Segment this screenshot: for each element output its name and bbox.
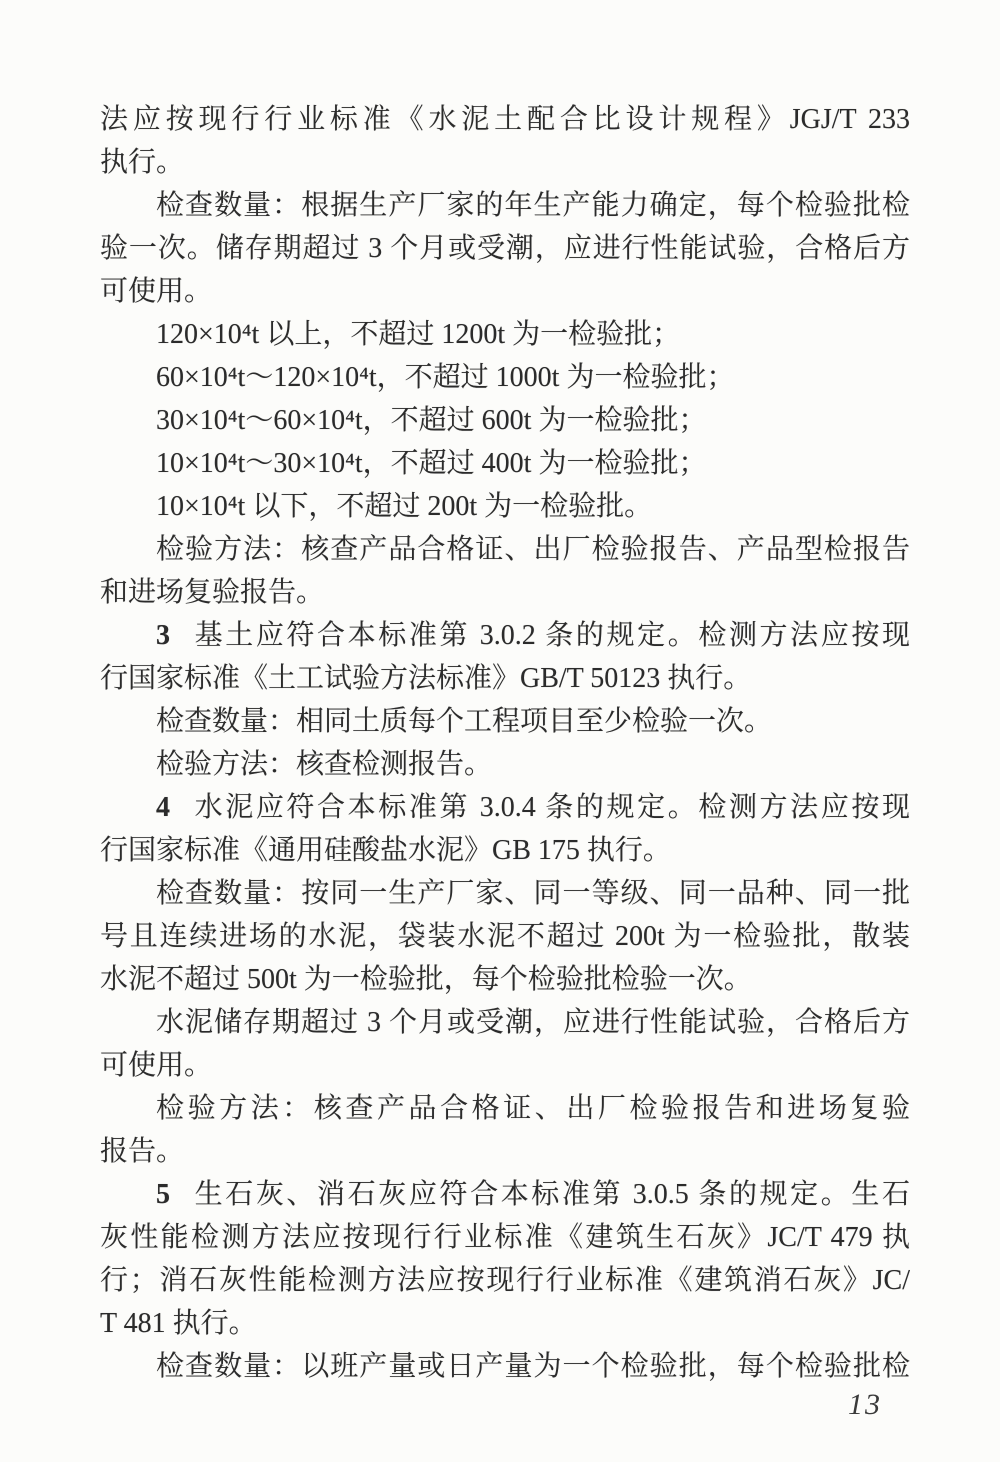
line-text: 检查数量：根据生产厂家的年生产能力确定，每个检验批检	[156, 190, 910, 221]
line-text: T 481 执行。	[100, 1308, 257, 1339]
text-line: 检查数量：以班产量或日产量为一个检验批，每个检验批检	[100, 1345, 910, 1388]
line-text: 号且连续进场的水泥，袋装水泥不超过 200t 为一检验批，散装	[100, 921, 910, 952]
clause-number: 4	[156, 792, 170, 823]
line-text: 30×10⁴t～60×10⁴t，不超过 600t 为一检验批；	[156, 405, 706, 436]
line-text: 检验方法：核查产品合格证、出厂检验报告、产品型检报告	[156, 534, 910, 565]
text-line: 可使用。	[100, 1044, 910, 1087]
text-line: 行国家标准《土工试验方法标准》GB/T 50123 执行。	[100, 657, 910, 700]
line-text: 10×10⁴t 以下，不超过 200t 为一检验批。	[156, 491, 652, 522]
line-text: 可使用。	[100, 276, 212, 307]
line-text: 行国家标准《通用硅酸盐水泥》GB 175 执行。	[100, 835, 671, 866]
text-line: 3基土应符合本标准第 3.0.2 条的规定。检测方法应按现	[100, 614, 910, 657]
line-text: 灰性能检测方法应按现行行业标准《建筑生石灰》JC/T 479 执	[100, 1222, 910, 1253]
line-text: 检验方法：核查检测报告。	[156, 749, 492, 780]
clause-number: 5	[156, 1179, 170, 1210]
line-text: 基土应符合本标准第 3.0.2 条的规定。检测方法应按现	[192, 620, 910, 651]
text-line: 水泥不超过 500t 为一检验批，每个检验批检验一次。	[100, 958, 910, 1001]
text-line: 灰性能检测方法应按现行行业标准《建筑生石灰》JC/T 479 执	[100, 1216, 910, 1259]
line-text: 检查数量：相同土质每个工程项目至少检验一次。	[156, 706, 772, 737]
text-line: 报告。	[100, 1130, 910, 1173]
line-text: 120×10⁴t 以上，不超过 1200t 为一检验批；	[156, 319, 680, 350]
line-text: 水泥不超过 500t 为一检验批，每个检验批检验一次。	[100, 964, 752, 995]
text-line: 检查数量：按同一生产厂家、同一等级、同一品种、同一批	[100, 872, 910, 915]
line-text: 行国家标准《土工试验方法标准》GB/T 50123 执行。	[100, 663, 751, 694]
text-line: 120×10⁴t 以上，不超过 1200t 为一检验批；	[100, 313, 910, 356]
text-line: 检查数量：根据生产厂家的年生产能力确定，每个检验批检	[100, 184, 910, 227]
line-text: 执行。	[100, 147, 184, 178]
line-text: 生石灰、消石灰应符合本标准第 3.0.5 条的规定。生石	[192, 1179, 910, 1210]
text-line: 执行。	[100, 141, 910, 184]
text-line: 号且连续进场的水泥，袋装水泥不超过 200t 为一检验批，散装	[100, 915, 910, 958]
line-text: 检查数量：按同一生产厂家、同一等级、同一品种、同一批	[156, 878, 910, 909]
text-line: 10×10⁴t～30×10⁴t，不超过 400t 为一检验批；	[100, 442, 910, 485]
line-text: 报告。	[100, 1136, 184, 1167]
text-line: 行；消石灰性能检测方法应按现行行业标准《建筑消石灰》JC/	[100, 1259, 910, 1302]
line-text: 60×10⁴t～120×10⁴t，不超过 1000t 为一检验批；	[156, 362, 734, 393]
text-line: 法应按现行行业标准《水泥土配合比设计规程》JGJ/T 233	[100, 98, 910, 141]
line-text: 10×10⁴t～30×10⁴t，不超过 400t 为一检验批；	[156, 448, 706, 479]
clause-number: 3	[156, 620, 170, 651]
text-line: 和进场复验报告。	[100, 571, 910, 614]
document-page: 法应按现行行业标准《水泥土配合比设计规程》JGJ/T 233执行。检查数量：根据…	[0, 0, 1000, 1462]
line-text: 验一次。储存期超过 3 个月或受潮，应进行性能试验，合格后方	[100, 233, 910, 264]
page-number: 13	[848, 1388, 882, 1422]
line-text: 可使用。	[100, 1050, 212, 1081]
text-line: T 481 执行。	[100, 1302, 910, 1345]
line-text: 行；消石灰性能检测方法应按现行行业标准《建筑消石灰》JC/	[100, 1265, 910, 1296]
line-text: 水泥应符合本标准第 3.0.4 条的规定。检测方法应按现	[192, 792, 910, 823]
text-line: 检查数量：相同土质每个工程项目至少检验一次。	[100, 700, 910, 743]
text-line: 验一次。储存期超过 3 个月或受潮，应进行性能试验，合格后方	[100, 227, 910, 270]
text-line: 30×10⁴t～60×10⁴t，不超过 600t 为一检验批；	[100, 399, 910, 442]
line-text: 和进场复验报告。	[100, 577, 324, 608]
text-line: 5生石灰、消石灰应符合本标准第 3.0.5 条的规定。生石	[100, 1173, 910, 1216]
text-line: 行国家标准《通用硅酸盐水泥》GB 175 执行。	[100, 829, 910, 872]
text-line: 水泥储存期超过 3 个月或受潮，应进行性能试验，合格后方	[100, 1001, 910, 1044]
line-text: 水泥储存期超过 3 个月或受潮，应进行性能试验，合格后方	[156, 1007, 910, 1038]
text-line: 检验方法：核查产品合格证、出厂检验报告和进场复验	[100, 1087, 910, 1130]
text-line: 4水泥应符合本标准第 3.0.4 条的规定。检测方法应按现	[100, 786, 910, 829]
text-line: 检验方法：核查产品合格证、出厂检验报告、产品型检报告	[100, 528, 910, 571]
text-line: 10×10⁴t 以下，不超过 200t 为一检验批。	[100, 485, 910, 528]
line-text: 法应按现行行业标准《水泥土配合比设计规程》JGJ/T 233	[100, 104, 910, 135]
line-text: 检验方法：核查产品合格证、出厂检验报告和进场复验	[156, 1093, 910, 1124]
text-line: 检验方法：核查检测报告。	[100, 743, 910, 786]
page-body: 法应按现行行业标准《水泥土配合比设计规程》JGJ/T 233执行。检查数量：根据…	[100, 98, 910, 1388]
text-line: 60×10⁴t～120×10⁴t，不超过 1000t 为一检验批；	[100, 356, 910, 399]
line-text: 检查数量：以班产量或日产量为一个检验批，每个检验批检	[156, 1351, 910, 1382]
text-line: 可使用。	[100, 270, 910, 313]
